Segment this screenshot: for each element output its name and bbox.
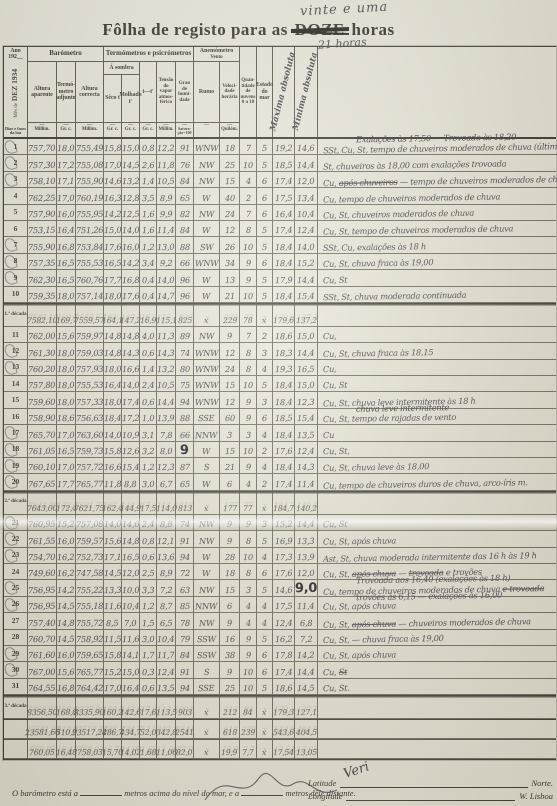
value-cell: 14,8 bbox=[122, 531, 140, 547]
value-cell: 18,4 bbox=[273, 287, 295, 303]
value-cell: NW bbox=[194, 531, 220, 547]
value-cell: 8,9 bbox=[157, 188, 176, 204]
value-cell: WNW bbox=[194, 392, 220, 408]
unit-grc-3: Gr. c. bbox=[122, 122, 140, 137]
remark-text: Cu, St, chuva fraca às 18,15 bbox=[323, 347, 433, 359]
value-cell: x bbox=[257, 740, 273, 759]
value-cell: 18,4 bbox=[273, 237, 295, 253]
value-cell: 14,0 bbox=[104, 425, 122, 441]
value-cell: 18,0 bbox=[57, 392, 76, 408]
apparent-height-header: Altura aparente bbox=[28, 62, 57, 122]
value-cell: 96 bbox=[176, 287, 194, 303]
value-cell: 13,5 bbox=[295, 425, 318, 441]
value-cell: 757,72 bbox=[76, 458, 104, 474]
value-cell: 10 bbox=[240, 376, 257, 392]
value-cell: WNW bbox=[194, 360, 220, 376]
remark-text: SSt, Cu, exalações às 18 h bbox=[323, 241, 426, 253]
value-cell: 14,5 bbox=[57, 630, 76, 646]
value-cell: 16,5 bbox=[295, 360, 318, 376]
value-cell: 0,4 bbox=[140, 270, 157, 286]
unit-millim-1: Millim. bbox=[28, 122, 57, 137]
value-cell: 28 bbox=[220, 548, 240, 564]
minima-column-header: Mínima absoluta bbox=[295, 47, 318, 137]
day-cell bbox=[4, 740, 28, 759]
value-cell: 751,26 bbox=[76, 221, 104, 237]
value-cell: 7 bbox=[240, 139, 257, 155]
value-cell: 212 bbox=[220, 696, 240, 719]
value-cell: 18,6 bbox=[57, 409, 76, 425]
value-cell: 84 bbox=[176, 646, 194, 662]
value-cell: 13,9 bbox=[157, 409, 176, 425]
value-cell: 3,0 bbox=[140, 474, 157, 490]
value-cell: 758,92 bbox=[76, 630, 104, 646]
value-cell: 14,4 bbox=[295, 270, 318, 286]
value-cell: 758,03 bbox=[76, 740, 104, 759]
value-cell: 1,0 bbox=[140, 409, 157, 425]
day-cell: 25 bbox=[4, 580, 28, 596]
value-cell: 14,4 bbox=[295, 515, 318, 531]
value-cell: 757,33 bbox=[76, 392, 104, 408]
value-cell: 755,72 bbox=[76, 613, 104, 629]
day-cell: 23 bbox=[4, 548, 28, 564]
value-cell: 10 bbox=[240, 662, 257, 678]
value-cell: 14,6 bbox=[122, 515, 140, 531]
remark-cell: Cu, bbox=[318, 327, 556, 343]
day-cell: 2.ª década bbox=[4, 492, 28, 515]
table-row-dec: 1.ª década7582,10169,77559,57164,1147,21… bbox=[4, 303, 556, 327]
value-cell: 756,95 bbox=[28, 580, 57, 596]
value-cell: 84 bbox=[240, 696, 257, 719]
value-cell: 8,0 bbox=[157, 442, 176, 458]
value-cell: 66 bbox=[176, 254, 194, 270]
value-cell: 9 bbox=[240, 409, 257, 425]
remark-text: Cu, bbox=[323, 331, 337, 341]
value-cell: 9 bbox=[220, 613, 240, 629]
value-cell: 11,4 bbox=[157, 221, 176, 237]
value-cell: 756,63 bbox=[76, 409, 104, 425]
value-cell: 21 bbox=[220, 287, 240, 303]
unit-quilom: Quilóm. bbox=[220, 122, 240, 137]
value-cell: 1,4 bbox=[140, 360, 157, 376]
value-cell: 5 bbox=[257, 531, 273, 547]
remark-cell: SSt, St, chuva moderada continuada bbox=[318, 287, 556, 303]
value-cell: 80 bbox=[176, 360, 194, 376]
remark-cell: St, chuveiros às 18,00 com exalações tro… bbox=[318, 155, 556, 171]
value-cell: 8335,90 bbox=[76, 696, 104, 719]
unit-saturation: Satura- ção=100 bbox=[176, 122, 194, 137]
page-title: Fôlha de registo para as DOZE horas bbox=[0, 20, 497, 40]
unit-grc-4: Gr. c. bbox=[140, 122, 157, 137]
value-cell: 1,2 bbox=[140, 237, 157, 253]
value-cell: 77 bbox=[240, 492, 257, 515]
value-cell: 813 bbox=[176, 492, 194, 515]
value-cell: 18,6 bbox=[273, 327, 295, 343]
value-cell: 10,4 bbox=[122, 597, 140, 613]
value-cell: 17,0 bbox=[104, 155, 122, 171]
value-cell: 1,68 bbox=[140, 740, 157, 759]
value-cell: 17,9 bbox=[273, 270, 295, 286]
longitude-suffix: W. Lisboa bbox=[519, 791, 553, 801]
value-cell: 140,2 bbox=[295, 492, 318, 515]
value-cell: 179,6 bbox=[273, 304, 295, 327]
unit-grc-1: Gr. c. bbox=[57, 122, 76, 137]
remark-text: Cu, St, após chuva bbox=[323, 535, 396, 546]
value-cell: 8 bbox=[240, 564, 257, 580]
value-cell: 3 bbox=[257, 515, 273, 531]
value-cell: 747,58 bbox=[76, 564, 104, 580]
value-cell: 752,73 bbox=[76, 548, 104, 564]
value-cell: 15 bbox=[220, 580, 240, 596]
value-cell: 1,7 bbox=[140, 646, 157, 662]
value-cell: 11,4 bbox=[295, 597, 318, 613]
table-row-day-23: 23754,7016,2752,7317,116,50,613,694W2810… bbox=[4, 548, 556, 564]
value-cell: SW bbox=[194, 237, 220, 253]
value-cell: 229 bbox=[220, 304, 240, 327]
value-cell: SSW bbox=[194, 630, 220, 646]
remark-text: Cu, St, — chuva fraca às 19,00 bbox=[323, 633, 444, 645]
table-row-sum: 23581,60510,923517,22486,7434,752,0342,8… bbox=[4, 719, 556, 739]
value-cell: NW bbox=[194, 205, 220, 221]
day-cell: 6 bbox=[4, 221, 28, 237]
value-cell: 63 bbox=[176, 580, 194, 596]
value-cell: 14,0 bbox=[104, 515, 122, 531]
value-cell: 11,06 bbox=[157, 740, 176, 759]
value-cell: SSW bbox=[194, 646, 220, 662]
value-cell: 12,4 bbox=[157, 662, 176, 678]
value-cell: 16,5 bbox=[57, 254, 76, 270]
value-cell: 8 bbox=[240, 360, 257, 376]
value-cell: 759,03 bbox=[76, 343, 104, 359]
value-cell: 17,0 bbox=[57, 425, 76, 441]
value-cell: 14,8 bbox=[57, 613, 76, 629]
remark-cell: Cu, St, após chuva bbox=[318, 646, 556, 662]
value-cell: 6,7 bbox=[157, 474, 176, 490]
value-cell: WNW bbox=[194, 343, 220, 359]
value-cell: 4,0 bbox=[140, 327, 157, 343]
day-cell: 14 bbox=[4, 376, 28, 392]
wind-direction-header: Rumo bbox=[194, 62, 220, 122]
value-cell: 2 bbox=[257, 474, 273, 490]
table-row-day-20: 20767,6517,7765,7711,88,83,06,765W64217,… bbox=[4, 474, 556, 490]
value-cell: 755,90 bbox=[28, 237, 57, 253]
value-cell: 6 bbox=[257, 646, 273, 662]
value-cell: 342,8 bbox=[157, 720, 176, 739]
value-cell: 18,0 bbox=[104, 287, 122, 303]
remark-cell: Cu, bbox=[318, 360, 556, 376]
value-cell: 17,54 bbox=[273, 740, 295, 759]
in-shade-label: Á sombra bbox=[104, 62, 140, 75]
value-cell: 2,5 bbox=[140, 564, 157, 580]
day-cell: 22 bbox=[4, 531, 28, 547]
value-cell: 26 bbox=[220, 237, 240, 253]
value-cell: 18,0 bbox=[104, 360, 122, 376]
value-cell: 15 bbox=[220, 376, 240, 392]
value-cell: S bbox=[194, 662, 220, 678]
anemometer-group-label: AnemómetroVento bbox=[194, 47, 240, 62]
value-cell: 10 bbox=[240, 548, 257, 564]
remark-text: St, chuveiros às 18,00 com exalações tro… bbox=[323, 158, 507, 171]
value-cell: 13,3 bbox=[295, 531, 318, 547]
barometer-note-1: O barómetro está a bbox=[12, 788, 78, 798]
value-cell: 9 bbox=[220, 531, 240, 547]
remark-text: SSt, St, chuva moderada continuada bbox=[323, 290, 466, 302]
remark-cell: Cu bbox=[318, 425, 556, 441]
value-cell: 15,4 bbox=[295, 287, 318, 303]
day-cell: 7 bbox=[4, 237, 28, 253]
day-cell: 2 bbox=[4, 155, 28, 171]
value-cell: 7621,75 bbox=[76, 492, 104, 515]
value-cell: 760,95 bbox=[28, 515, 57, 531]
value-cell: 18,5 bbox=[273, 409, 295, 425]
value-cell: 24 bbox=[220, 360, 240, 376]
value-cell: 17,0 bbox=[104, 679, 122, 695]
value-cell: 15,0 bbox=[295, 376, 318, 392]
value-cell: 755,95 bbox=[76, 205, 104, 221]
value-cell: 767,65 bbox=[28, 474, 57, 490]
table-row-day-29: 29761,6016,0759,6515,814,11,711,784SSW38… bbox=[4, 646, 556, 662]
value-cell: x bbox=[257, 304, 273, 327]
value-cell: 15,8 bbox=[104, 442, 122, 458]
value-cell: 12,0 bbox=[295, 564, 318, 580]
value-cell: 14,2 bbox=[57, 580, 76, 596]
value-cell: 9 bbox=[240, 392, 257, 408]
value-cell: 0,6 bbox=[140, 343, 157, 359]
value-cell: 14,2 bbox=[295, 646, 318, 662]
value-cell: 5 bbox=[257, 221, 273, 237]
value-cell: W bbox=[194, 287, 220, 303]
value-cell: 764,55 bbox=[28, 679, 57, 695]
value-cell: 760,20 bbox=[28, 360, 57, 376]
value-cell: 13,6 bbox=[157, 548, 176, 564]
value-cell: 18,0 bbox=[57, 287, 76, 303]
value-cell: 16,4 bbox=[122, 679, 140, 695]
value-cell: 12 bbox=[220, 221, 240, 237]
value-cell: 1,6 bbox=[140, 205, 157, 221]
value-cell: 17,6 bbox=[273, 442, 295, 458]
value-cell: 755,22 bbox=[76, 580, 104, 596]
value-cell: 758,10 bbox=[28, 172, 57, 188]
value-cell: 9 bbox=[240, 515, 257, 531]
value-cell: 18,5 bbox=[273, 155, 295, 171]
value-cell: 82,0 bbox=[176, 740, 194, 759]
value-cell: NNW bbox=[194, 425, 220, 441]
value-cell: 755,18 bbox=[76, 597, 104, 613]
value-cell: 8 bbox=[240, 221, 257, 237]
value-cell: 14,02 bbox=[122, 740, 140, 759]
remark-cell: Cu, após chuveiros — tempo de chuveiros … bbox=[318, 172, 557, 188]
value-cell: W bbox=[194, 188, 220, 204]
value-cell: 6 bbox=[257, 205, 273, 221]
value-cell: 7559,57 bbox=[76, 304, 104, 327]
value-cell: 17,8 bbox=[273, 646, 295, 662]
day-cell: 30 bbox=[4, 662, 28, 678]
value-cell: 65 bbox=[176, 474, 194, 490]
remark-cell: Cu, St, chuva fraca às 18,15 bbox=[318, 343, 556, 359]
value-cell: 23517,22 bbox=[76, 720, 104, 739]
value-cell: 761,55 bbox=[28, 531, 57, 547]
value-cell: 0,3 bbox=[140, 662, 157, 678]
value-cell: 78 bbox=[240, 304, 257, 327]
value-cell: 144,9 bbox=[122, 492, 140, 515]
value-cell: 755,53 bbox=[76, 254, 104, 270]
value-cell: 88 bbox=[176, 409, 194, 425]
value-cell: 18,4 bbox=[273, 376, 295, 392]
value-cell: 17,6 bbox=[104, 237, 122, 253]
value-cell: 16,8 bbox=[57, 679, 76, 695]
remark-cell: Cu, St, após chuva — chuveiros moderados… bbox=[318, 613, 556, 629]
value-cell: 618 bbox=[220, 720, 240, 739]
value-cell: 3 bbox=[257, 343, 273, 359]
table-row-day-11: 11762,0015,6759,9714,814,84,011,389NW972… bbox=[4, 327, 556, 343]
value-cell: 15,0 bbox=[104, 221, 122, 237]
value-cell: 2 bbox=[257, 442, 273, 458]
table-header: Ano192__ Mês de DEZ 1934 Dias e fases da… bbox=[4, 47, 556, 139]
table-row-day-19: 19760,1017,0757,7216,615,41,212,387S2194… bbox=[4, 458, 556, 474]
table-row-day-27: 27757,4014,8755,728,57,01,56,578NW94412,… bbox=[4, 613, 556, 629]
value-cell: 184,7 bbox=[273, 492, 295, 515]
value-cell: 764,42 bbox=[76, 679, 104, 695]
value-cell: 6 bbox=[257, 409, 273, 425]
wet-bulb-header: Molhado t' bbox=[122, 75, 140, 122]
value-cell: 11,3 bbox=[157, 327, 176, 343]
value-cell: 759,65 bbox=[76, 646, 104, 662]
value-cell: W bbox=[194, 270, 220, 286]
value-cell: 7,2 bbox=[295, 630, 318, 646]
value-cell: 18,4 bbox=[273, 425, 295, 441]
handwritten-hours-note: vinte e uma bbox=[300, 0, 389, 19]
value-cell: 113,5 bbox=[157, 696, 176, 719]
title-prefix: Fôlha de registo para as bbox=[102, 20, 287, 39]
table-row-dec: 3.ª década8356,50168,88335,90160,2142,61… bbox=[4, 695, 556, 719]
remark-cell: Ast, St, chuva moderada intermitente das… bbox=[318, 548, 556, 564]
remark-text: Cu, St, após chuva — chuveiros moderados… bbox=[323, 616, 531, 630]
value-cell: 2541 bbox=[176, 720, 194, 739]
value-cell: 755,90 bbox=[76, 172, 104, 188]
value-cell: 94 bbox=[176, 679, 194, 695]
remark-text: Cu, St, chuva leve às 18,00 bbox=[323, 461, 429, 473]
value-cell: 16 bbox=[220, 630, 240, 646]
value-cell: 18,0 bbox=[57, 139, 76, 155]
value-cell: 17,5 bbox=[273, 188, 295, 204]
value-cell: 3,3 bbox=[140, 580, 157, 596]
value-cell: 16,5 bbox=[57, 442, 76, 458]
value-cell: 3 bbox=[220, 425, 240, 441]
value-cell: 2 bbox=[257, 327, 273, 343]
value-cell: 9 bbox=[240, 254, 257, 270]
value-cell: 10,9 bbox=[122, 425, 140, 441]
value-cell: 4 bbox=[257, 360, 273, 376]
table-row-day-18: 18761,0516,5759,7315,812,63,28,09W151021… bbox=[4, 442, 556, 458]
value-cell: 12,4 bbox=[295, 221, 318, 237]
remark-interline-note: trovões às 6,15 — exalações às 16,00 bbox=[356, 589, 502, 602]
value-cell: 16,8 bbox=[57, 237, 76, 253]
value-cell: 759,97 bbox=[76, 327, 104, 343]
value-cell: 757,80 bbox=[28, 376, 57, 392]
day-cell: 21 bbox=[4, 515, 28, 531]
remark-cell bbox=[318, 740, 556, 759]
day-cell: 10 bbox=[4, 287, 28, 303]
value-cell: 1,4 bbox=[140, 172, 157, 188]
value-cell: 749,60 bbox=[28, 564, 57, 580]
value-cell: 18 bbox=[220, 139, 240, 155]
value-cell: 16,0 bbox=[57, 646, 76, 662]
table-row-day-10: 10759,3518,0757,1418,017,60,414,796W2110… bbox=[4, 287, 556, 303]
year-column-header: Ano192__ Mês de DEZ 1934 Dias e fases da… bbox=[4, 47, 28, 137]
value-cell: 753,84 bbox=[76, 237, 104, 253]
value-cell: 114,0 bbox=[157, 492, 176, 515]
value-cell: 4 bbox=[240, 597, 257, 613]
value-cell: 757,90 bbox=[28, 205, 57, 221]
value-cell: 60 bbox=[220, 409, 240, 425]
value-cell: 17,5 bbox=[273, 597, 295, 613]
value-cell: W bbox=[194, 442, 220, 458]
value-cell: 6 bbox=[220, 597, 240, 613]
value-cell: 9 bbox=[240, 646, 257, 662]
value-cell: 14,6 bbox=[273, 580, 295, 596]
remark-text: Cu, St bbox=[323, 380, 347, 390]
remark-cell: Cu, St. bbox=[318, 679, 556, 695]
table-row-day-22: 22761,5516,0759,5715,614,80,812,191NW985… bbox=[4, 531, 556, 547]
value-cell: 16,9 bbox=[273, 531, 295, 547]
value-cell: 17,4 bbox=[273, 221, 295, 237]
value-cell: 91 bbox=[176, 139, 194, 155]
value-cell: 5 bbox=[257, 376, 273, 392]
value-cell: NW bbox=[194, 613, 220, 629]
value-cell: 15,8 bbox=[104, 139, 122, 155]
value-cell: 17,4 bbox=[273, 474, 295, 490]
value-cell: 15 bbox=[220, 442, 240, 458]
value-cell: 10,5 bbox=[157, 376, 176, 392]
value-cell: x bbox=[194, 304, 220, 327]
value-cell: 14,4 bbox=[295, 155, 318, 171]
value-cell: 17,6 bbox=[140, 696, 157, 719]
value-cell: 3,5 bbox=[140, 188, 157, 204]
value-cell: 9 bbox=[220, 515, 240, 531]
blank-fill-1 bbox=[80, 787, 122, 796]
value-cell: 10 bbox=[240, 442, 257, 458]
value-cell: 15,8 bbox=[104, 646, 122, 662]
day-cell: 13 bbox=[4, 360, 28, 376]
value-cell: 9 bbox=[220, 662, 240, 678]
table-row-day-16: 16758,9018,6756,6318,417,21,013,988SSE60… bbox=[4, 409, 556, 425]
value-cell: 76 bbox=[176, 155, 194, 171]
value-cell: 755,49 bbox=[76, 139, 104, 155]
remark-cell bbox=[318, 696, 556, 719]
value-cell: 3,2 bbox=[140, 442, 157, 458]
value-cell: 9 bbox=[240, 458, 257, 474]
day-cell: 28 bbox=[4, 630, 28, 646]
value-cell: 17,6 bbox=[273, 564, 295, 580]
value-cell: 15,0 bbox=[122, 662, 140, 678]
value-cell: 11,5 bbox=[104, 630, 122, 646]
value-cell: 9,0 bbox=[295, 580, 318, 596]
value-cell: 767,00 bbox=[28, 662, 57, 678]
value-cell: 17,2 bbox=[122, 409, 140, 425]
value-cell: 12,0 bbox=[295, 172, 318, 188]
value-cell: 23581,60 bbox=[28, 720, 57, 739]
value-cell: 2,4 bbox=[140, 515, 157, 531]
table-row-day-17: 17765,7017,0763,6014,010,93,17,866NNW334… bbox=[4, 425, 556, 441]
value-cell: 13,3 bbox=[104, 580, 122, 596]
value-cell: 761,30 bbox=[28, 343, 57, 359]
value-cell: 754,70 bbox=[28, 548, 57, 564]
value-cell: 8 bbox=[240, 343, 257, 359]
value-cell: 16,4 bbox=[57, 221, 76, 237]
value-cell: SSE bbox=[194, 409, 220, 425]
value-cell: 75 bbox=[176, 376, 194, 392]
day-phases-label: Dias e fases da lua bbox=[5, 127, 26, 136]
value-cell: 9 bbox=[240, 270, 257, 286]
